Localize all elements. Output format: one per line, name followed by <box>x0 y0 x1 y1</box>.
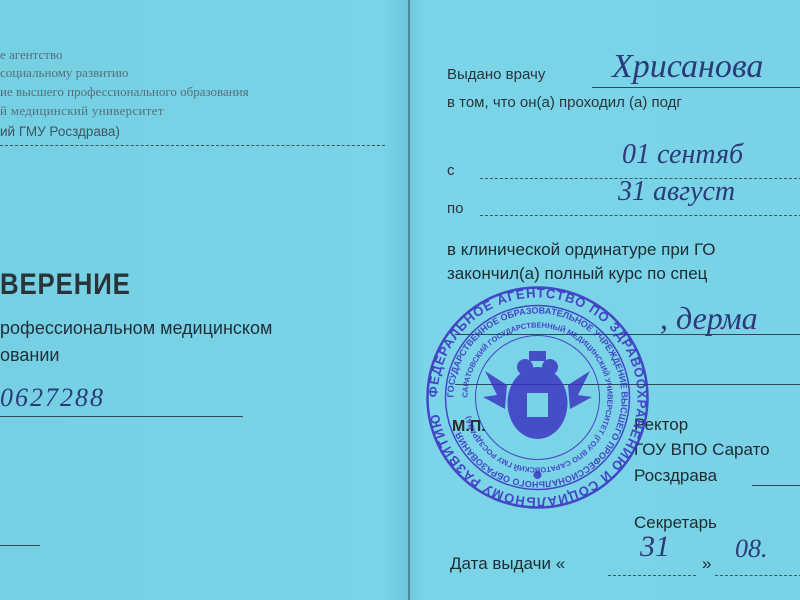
completed-line: закончил(а) полный курс по спец <box>447 264 707 284</box>
issued-to-label: Выдано врачу <box>447 66 545 83</box>
issuer-underline <box>0 145 385 146</box>
subtitle-line: овании <box>0 345 59 366</box>
issuer-line: социальному развитию <box>0 64 129 82</box>
issuer-line: й медицинский университет <box>0 102 164 120</box>
number-underline <box>0 416 243 417</box>
residency-line: в клинической ординатуре при ГО <box>447 240 715 260</box>
from-label: с <box>447 162 455 179</box>
from-date: 01 сентяб <box>622 139 743 171</box>
rector-signature-line <box>752 485 800 486</box>
official-seal-stamp: ФЕДЕРАЛЬНОЕ АГЕНТСТВО ПО ЗДРАВООХРАНЕНИЮ… <box>425 285 650 510</box>
issued-to-name: Хрисанова <box>612 48 763 86</box>
to-date: 31 август <box>618 176 735 208</box>
issue-month-underline <box>715 575 800 576</box>
signature-underline <box>0 545 40 546</box>
issue-day-underline <box>608 575 696 576</box>
certificate-number: 0627288 <box>0 383 105 413</box>
statement-line: в том, что он(а) проходил (а) подг <box>447 94 682 111</box>
issue-month: 08. <box>735 534 768 564</box>
page-fold <box>408 0 410 600</box>
issuer-line: е агентство <box>0 46 63 64</box>
subtitle-line: рофессиональном медицинском <box>0 318 272 339</box>
issuer-line: ий ГМУ Росздрава) <box>0 124 120 139</box>
issue-date-label: Дата выдачи « <box>450 554 565 574</box>
name-underline <box>592 87 800 88</box>
document-title: ВЕРЕНИЕ <box>0 268 131 302</box>
issue-day: 31 <box>640 530 670 564</box>
to-underline <box>480 215 800 216</box>
quote-close: » <box>702 554 711 574</box>
rector-line: ГОУ ВПО Сарато <box>634 440 770 460</box>
specialty: , дерма <box>660 300 758 337</box>
to-label: по <box>447 200 463 217</box>
issuer-line: ие высшего профессионального образования <box>0 83 249 101</box>
